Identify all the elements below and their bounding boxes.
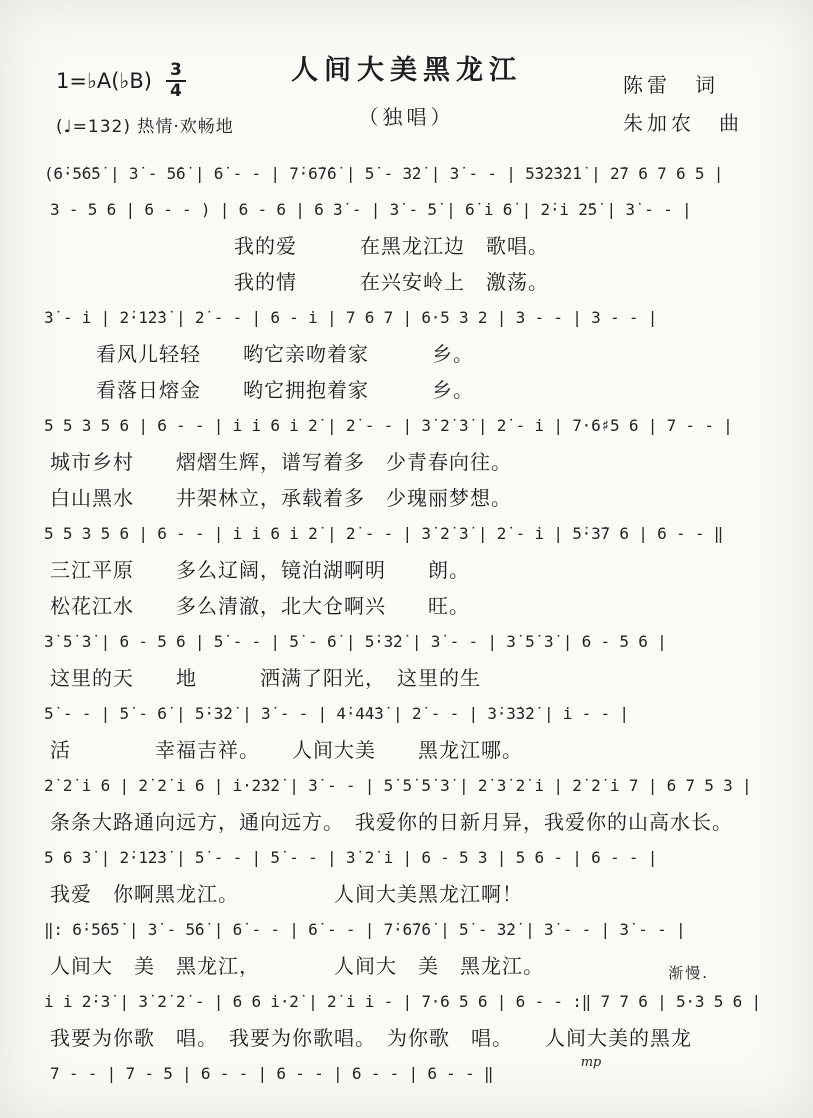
lyric-line-8: 松花江水 多么清澈，北大仓啊兴 旺。: [44, 588, 771, 624]
lyric-line-2: 我的情 在兴安岭上 激荡。: [44, 264, 771, 300]
lyric-line-1: 我的爱 在黑龙江边 歌唱。: [44, 228, 771, 264]
music-line-4: 5 5 3 5 6 | 6 - - | i i 6 i 2̇ | 2̇ - - …: [44, 408, 771, 444]
lyric-line-13-text: 人间大 美 黑龙江， 人间大 美 黑龙江。: [50, 954, 544, 978]
lyric-line-13: 人间大 美 黑龙江， 人间大 美 黑龙江。 渐慢.: [44, 948, 771, 984]
lyric-line-7: 三江平原 多么辽阔，镜泊湖啊明 朗。: [44, 552, 771, 588]
music-line-12-text: 7 - - | 7 - 5 | 6 - - | 6 - - | 6 - - | …: [50, 1064, 493, 1083]
lyric-line-6: 白山黑水 井架林立，承载着多 少瑰丽梦想。: [44, 480, 771, 516]
lyric-line-12: 我爱 你啊黑龙江。 人间大美黑龙江啊！: [44, 876, 771, 912]
score-header: 1=♭A(♭B) 3 4 (♩=132) 热情·欢畅地 人间大美黑龙江 （独唱）…: [0, 0, 813, 152]
music-line-7: 5̇ - - | 5̇ - 6̇ | 5̇·3̇2̇ | 3̇ - - | 4̇…: [44, 696, 771, 732]
music-line-6: 3̇ 5̇ 3̇ | 6 - 5 6 | 5̇ - - | 5̇ - 6̇ | …: [44, 624, 771, 660]
music-line-10: ‖: 6̇·5̇6̇5̇ | 3̇ - 5̇6̇ | 6̇ - - | 6̇ -…: [44, 912, 771, 948]
music-line-11: i i 2̇·3̇ | 3̇ 2̇ 2̇ - | 6 6 i·2̇ | 2̇ i…: [44, 984, 771, 1020]
music-line-9: 5 6 3̇ | 2̇·1̇2̇3̇ | 5̇ - - | 5̇ - - | 3…: [44, 840, 771, 876]
lyric-line-14: 我要为你歌 唱。 我要为你歌唱。 为你歌 唱。 人间大美的黑龙: [44, 1020, 771, 1056]
lyric-line-5: 城市乡村 熠熠生辉，谱写着多 少青春向往。: [44, 444, 771, 480]
music-line-8: 2̇ 2̇ i 6 | 2̇ 2̇ i 6 | i·2̇3̇2̇ | 3̇ - …: [44, 768, 771, 804]
credits-block: 陈雷 词 朱加农 曲: [623, 66, 743, 142]
music-line-12: 7 - - | 7 - 5 | 6 - - | 6 - - | 6 - - | …: [44, 1056, 771, 1092]
lyric-line-3: 看风儿轻轻 哟它亲吻着家 乡。: [44, 336, 771, 372]
lyric-line-10: 活 幸福吉祥。 人间大美 黑龙江哪。: [44, 732, 771, 768]
music-line-5: 5 5 3 5 6 | 6 - - | i i 6 i 2̇ | 2̇ - - …: [44, 516, 771, 552]
music-line-2: 3 - 5 6 | 6 - - ) | 6 - 6 | 6 3̇ - | 3̇ …: [44, 192, 771, 228]
lyric-line-9: 这里的天 地 洒满了阳光， 这里的生: [44, 660, 771, 696]
score-body: (6̇·5̇6̇5̇ | 3̇ - 5̇6̇ | 6̇ - - | 7̇·6̇7…: [0, 152, 813, 1092]
sheet-music-page: 1=♭A(♭B) 3 4 (♩=132) 热情·欢畅地 人间大美黑龙江 （独唱）…: [0, 0, 813, 1118]
lyric-line-11: 条条大路通向远方，通向远方。 我爱你的日新月异，我爱你的山高水长。: [44, 804, 771, 840]
lyricist-credit: 陈雷 词: [623, 66, 743, 104]
music-line-1: (6̇·5̇6̇5̇ | 3̇ - 5̇6̇ | 6̇ - - | 7̇·6̇7…: [44, 156, 771, 192]
composer-credit: 朱加农 曲: [623, 104, 743, 142]
music-line-3: 3̇ - i | 2̇·1̇2̇3̇ | 2̇ - - | 6 - i | 7 …: [44, 300, 771, 336]
lyric-line-4: 看落日熔金 哟它拥抱着家 乡。: [44, 372, 771, 408]
dynamic-mark: mp: [581, 1045, 601, 1081]
